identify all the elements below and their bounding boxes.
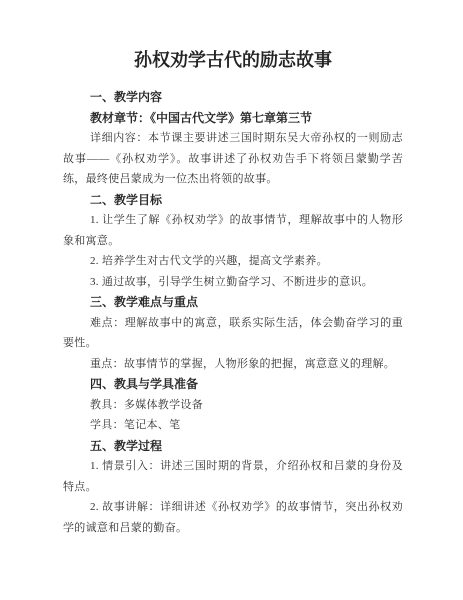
section-teaching-aids: 四、教具与学具准备 教具：多媒体教学设备 学具：笔记本、笔 <box>63 374 403 436</box>
section-teaching-goals: 二、教学目标 1. 让学生了解《孙权劝学》的故事情节，理解故事中的人物形象和寓意… <box>63 190 403 293</box>
list-item-process-2: 2. 故事讲解：详细讲述《孙权劝学》的故事情节，突出孙权劝学的诚意和吕蒙的勤奋。 <box>63 497 403 538</box>
section-difficulties-and-focus: 三、教学难点与重点 难点：理解故事中的寓意，联系实际生活，体会勤奋学习的重要性。… <box>63 292 403 374</box>
section-heading-difficulties-and-focus: 三、教学难点与重点 <box>63 292 403 313</box>
paragraph-difficulty: 难点：理解故事中的寓意，联系实际生活，体会勤奋学习的重要性。 <box>63 313 403 354</box>
list-item-goal-2: 2. 培养学生对古代文学的兴趣，提高文学素养。 <box>63 251 403 272</box>
section-heading-teaching-aids: 四、教具与学具准备 <box>63 374 403 395</box>
document-title: 孙权劝学古代的励志故事 <box>63 46 403 74</box>
section-heading-teaching-process: 五、教学过程 <box>63 436 403 457</box>
paragraph-focus: 重点：故事情节的掌握，人物形象的把握，寓意意义的理解。 <box>63 354 403 375</box>
list-item-goal-3: 3. 通过故事，引导学生树立勤奋学习、不断进步的意识。 <box>63 272 403 293</box>
paragraph-detailed-content: 详细内容：本节课主要讲述三国时期东吴大帝孙权的一则励志故事——《孙权劝学》。故事… <box>63 128 403 190</box>
document-page: 孙权劝学古代的励志故事 一、教学内容 教材章节：《中国古代文学》第七章第三节 详… <box>0 0 463 600</box>
section-teaching-content: 一、教学内容 教材章节：《中国古代文学》第七章第三节 详细内容：本节课主要讲述三… <box>63 87 403 190</box>
list-item-goal-1: 1. 让学生了解《孙权劝学》的故事情节，理解故事中的人物形象和寓意。 <box>63 210 403 251</box>
section-teaching-process: 五、教学过程 1. 情景引入：讲述三国时期的背景，介绍孙权和吕蒙的身份及特点。 … <box>63 436 403 539</box>
section-heading-teaching-content: 一、教学内容 <box>63 87 403 108</box>
paragraph-teacher-aids: 教具：多媒体教学设备 <box>63 395 403 416</box>
paragraph-textbook-chapter: 教材章节：《中国古代文学》第七章第三节 <box>63 108 403 129</box>
section-heading-teaching-goals: 二、教学目标 <box>63 190 403 211</box>
list-item-process-1: 1. 情景引入：讲述三国时期的背景，介绍孙权和吕蒙的身份及特点。 <box>63 456 403 497</box>
paragraph-student-aids: 学具：笔记本、笔 <box>63 415 403 436</box>
